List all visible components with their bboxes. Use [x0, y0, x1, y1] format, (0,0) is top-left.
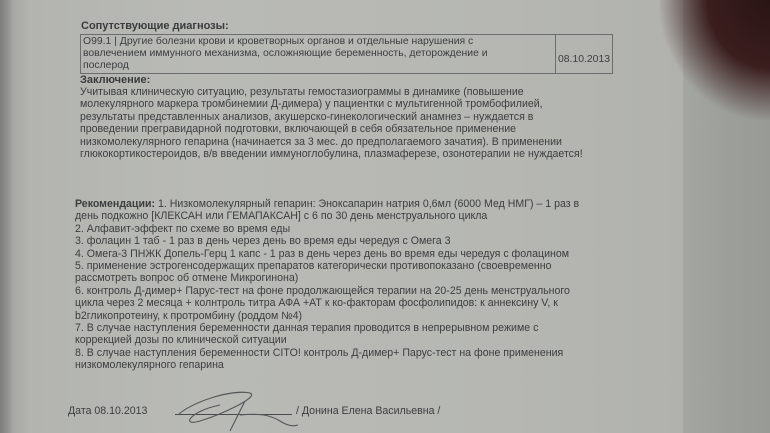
recommendation-line: коррекцией дозы по клинической ситуации [75, 334, 579, 346]
concomitant-diagnoses-heading: Сопутствующие диагнозы: [81, 20, 229, 32]
recommendation-line: 5. применение эстрогенсодержащих препара… [75, 260, 579, 272]
conclusion-line: проведении прегравидарной подготовки, вк… [80, 123, 583, 135]
recommendation-line: 2. Алфавит-эффект по схеме во время еды [75, 223, 579, 235]
recommendation-line: 3. фолацин 1 таб - 1 раз в день через де… [75, 235, 579, 247]
recommendation-line: b2гликопротеину, к протромбину (роддом №… [75, 310, 579, 322]
diagnosis-text-cell: O99.1 | Другие болезни крови и кроветвор… [83, 36, 553, 73]
recommendation-line: день подкожно [КЛЕКСАН или ГЕМАПАКСАН] с… [75, 210, 579, 222]
recommendation-line: рассмотреть вопрос об отмене Микрогинона… [75, 272, 579, 284]
diagnosis-line: O99.1 | Другие болезни крови и кроветвор… [83, 36, 553, 48]
diagnosis-line: послерод [83, 60, 553, 72]
doctor-name: / Донина Елена Васильевна / [296, 405, 440, 417]
footer-date: Дата 08.10.2013 [68, 405, 147, 417]
diagnosis-date: 08.10.2013 [558, 54, 610, 66]
diagnosis-date-cell: 08.10.2013 [555, 35, 613, 73]
document-body: Сопутствующие диагнозы: O99.1 | Другие б… [0, 0, 770, 433]
conclusion-line: результаты представленных анализов, акуш… [80, 111, 583, 123]
recommendations-heading: Рекомендации: [75, 198, 155, 210]
recommendation-line: низкомолекулярного гепарина [75, 359, 579, 371]
recommendation-line: 8. В случае наступления беременности CIT… [75, 347, 579, 359]
recommendation-line: 6. контроль Д-димер+ Парус-тест на фоне … [75, 285, 579, 297]
conclusion-text: Учитывая клиническую ситуацию, результат… [80, 86, 583, 160]
conclusion-line: низкомолекулярного гепарина (начинается … [80, 136, 583, 148]
recommendation-line: цикла через 2 месяца + колнтроль титра А… [75, 297, 579, 309]
conclusion-line: глюкокортикостероидов, в/в введении имму… [80, 148, 583, 160]
conclusion-heading: Заключение: [80, 74, 150, 86]
handwritten-signature-icon [160, 385, 300, 433]
conclusion-line: молекулярного маркера тромбинемии Д-диме… [80, 98, 583, 110]
recommendations-text: Рекомендации: 1. Низкомолекулярный гепар… [75, 198, 579, 372]
conclusion-line: Учитывая клиническую ситуацию, результат… [80, 86, 583, 98]
recommendation-line: Рекомендации: 1. Низкомолекулярный гепар… [75, 198, 579, 210]
recommendation-item-1: 1. Низкомолекулярный гепарин: Эноксапари… [155, 198, 579, 210]
diagnosis-line: вовлечением иммунного механизма, осложня… [83, 48, 553, 60]
recommendation-line: 7. В случае наступления беременности дан… [75, 322, 579, 334]
diagnosis-table: O99.1 | Другие болезни крови и кроветвор… [80, 34, 613, 74]
recommendation-line: 4. Омега-3 ПНЖК Допель-Герц 1 капс - 1 р… [75, 248, 579, 260]
